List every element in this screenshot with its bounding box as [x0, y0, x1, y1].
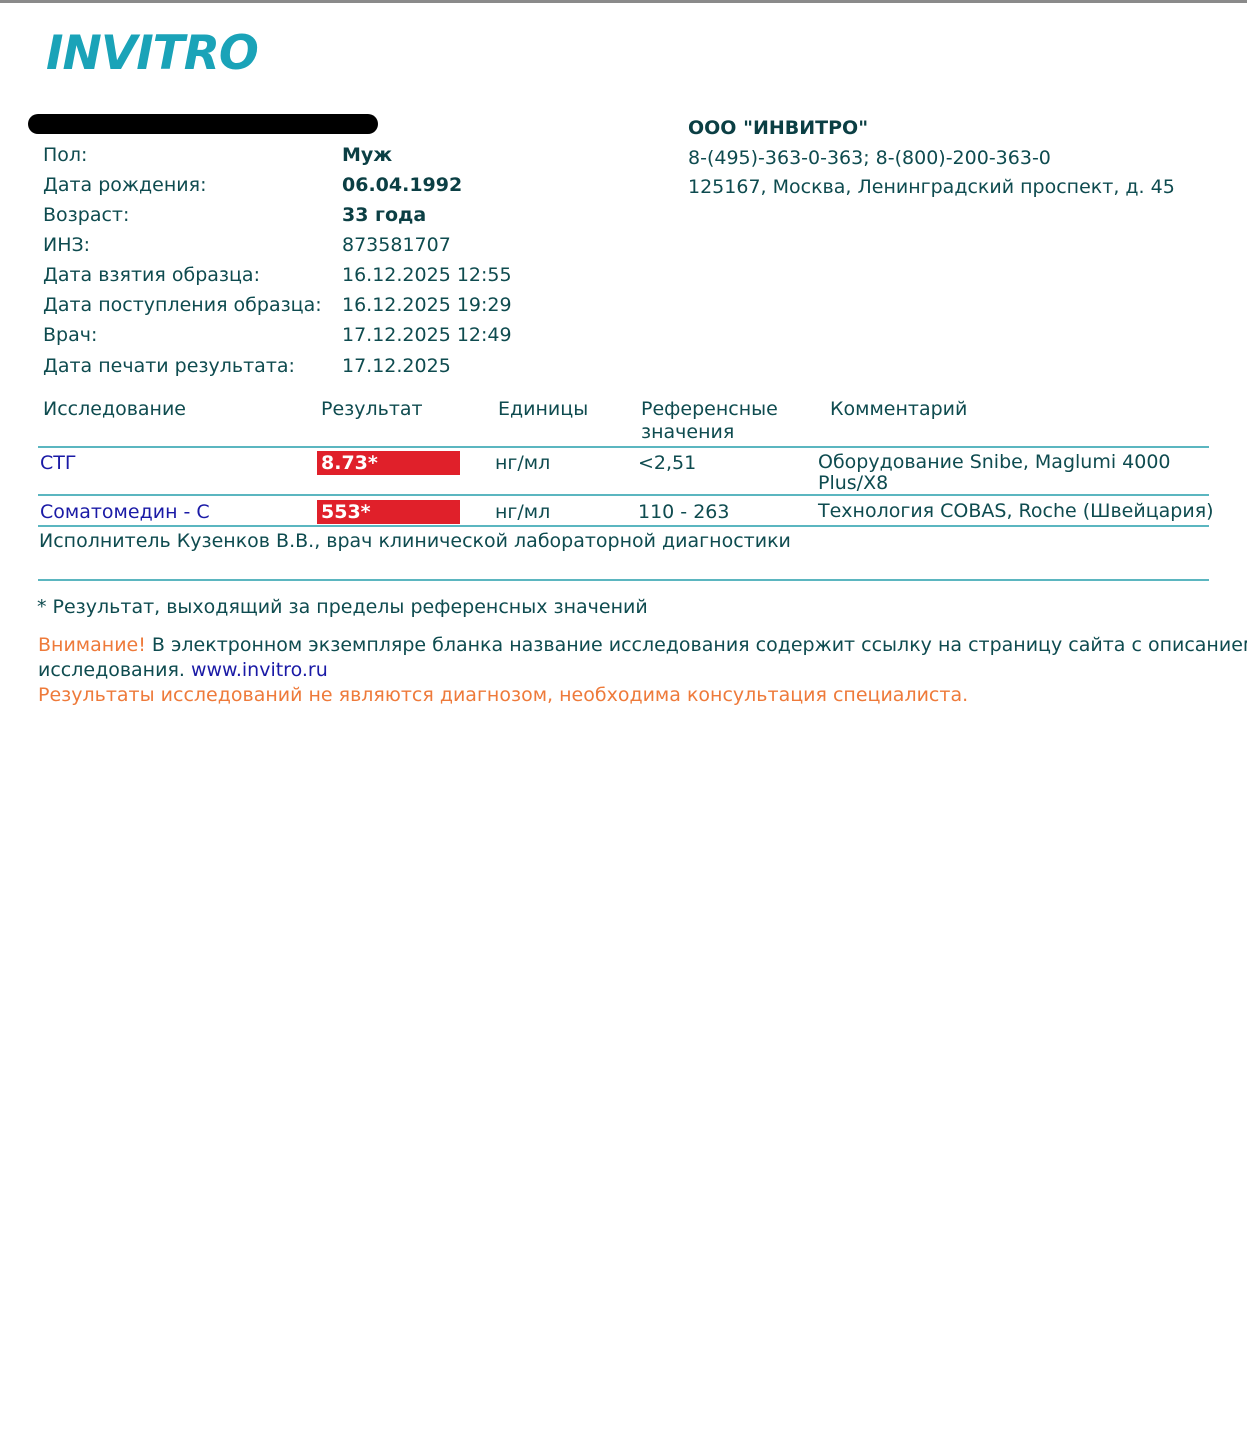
study-link[interactable]: Соматомедин - С: [40, 501, 210, 523]
disclaimer: Результаты исследований не являются диаг…: [38, 683, 968, 708]
result-flagged: 8.73*: [317, 451, 460, 475]
reference-value: <2,51: [638, 452, 696, 474]
field-value: 16.12.2025 19:29: [342, 293, 512, 317]
field-value: Муж: [342, 143, 392, 167]
company-address: 125167, Москва, Ленинградский проспект, …: [688, 173, 1175, 203]
field-value: 06.04.1992: [342, 173, 462, 197]
field-value: 33 года: [342, 203, 426, 227]
comment-line2: Plus/X8: [818, 473, 1171, 494]
attention-text: В электронном экземпляре бланка название…: [146, 634, 1247, 656]
asterisk-note: * Результат, выходящий за пределы рефере…: [37, 595, 648, 620]
header-study: Исследование: [43, 398, 186, 421]
field-value: 873581707: [342, 233, 451, 257]
field-value: 17.12.2025: [342, 354, 451, 378]
comment-line1: Оборудование Snibe, Maglumi 4000: [818, 452, 1171, 473]
reference-value: 110 - 263: [638, 501, 729, 523]
comment: Технология COBAS, Roche (Швейцария): [818, 500, 1214, 522]
header-reference-line2: значения: [641, 421, 778, 444]
field-label: ИНЗ:: [43, 233, 90, 257]
header-reference: Референсные значения: [641, 398, 778, 444]
table-rule: [38, 494, 1209, 496]
attention-label: Внимание!: [38, 634, 146, 656]
field-label: Возраст:: [43, 203, 129, 227]
field-label: Дата взятия образца:: [43, 263, 260, 287]
field-label: Пол:: [43, 143, 87, 167]
company-info: ООО "ИНВИТРО" 8-(495)-363-0-363; 8-(800)…: [688, 114, 1175, 203]
field-value: 16.12.2025 12:55: [342, 263, 512, 287]
study-link[interactable]: СТГ: [40, 452, 76, 474]
header-result: Результат: [321, 398, 423, 421]
attention-note-line2: исследования. www.invitro.ru: [38, 658, 328, 683]
top-border: [0, 0, 1247, 3]
result-flagged: 553*: [317, 500, 460, 524]
field-value: 17.12.2025 12:49: [342, 323, 512, 347]
header-reference-line1: Референсные: [641, 398, 778, 421]
field-label: Врач:: [43, 323, 97, 347]
invitro-logo: INVITRO: [46, 24, 258, 84]
performer: Исполнитель Кузенков В.В., врач клиничес…: [39, 530, 791, 552]
section-rule: [38, 579, 1209, 581]
field-label: Дата печати результата:: [43, 354, 295, 378]
units: нг/мл: [495, 501, 550, 523]
redacted-patient-name: [28, 114, 378, 134]
header-units: Единицы: [498, 398, 588, 421]
header-comment: Комментарий: [830, 398, 967, 421]
website-link[interactable]: www.invitro.ru: [191, 659, 328, 681]
field-label: Дата рождения:: [43, 173, 206, 197]
table-rule: [38, 525, 1209, 527]
table-rule: [38, 446, 1209, 448]
attention-note: Внимание! В электронном экземпляре бланк…: [38, 633, 1247, 658]
company-name: ООО "ИНВИТРО": [688, 114, 1175, 144]
field-label: Дата поступления образца:: [43, 293, 322, 317]
units: нг/мл: [495, 452, 550, 474]
comment: Оборудование Snibe, Maglumi 4000 Plus/X8: [818, 452, 1171, 494]
company-phones: 8-(495)-363-0-363; 8-(800)-200-363-0: [688, 144, 1175, 174]
attention-text-line2: исследования.: [38, 659, 191, 681]
